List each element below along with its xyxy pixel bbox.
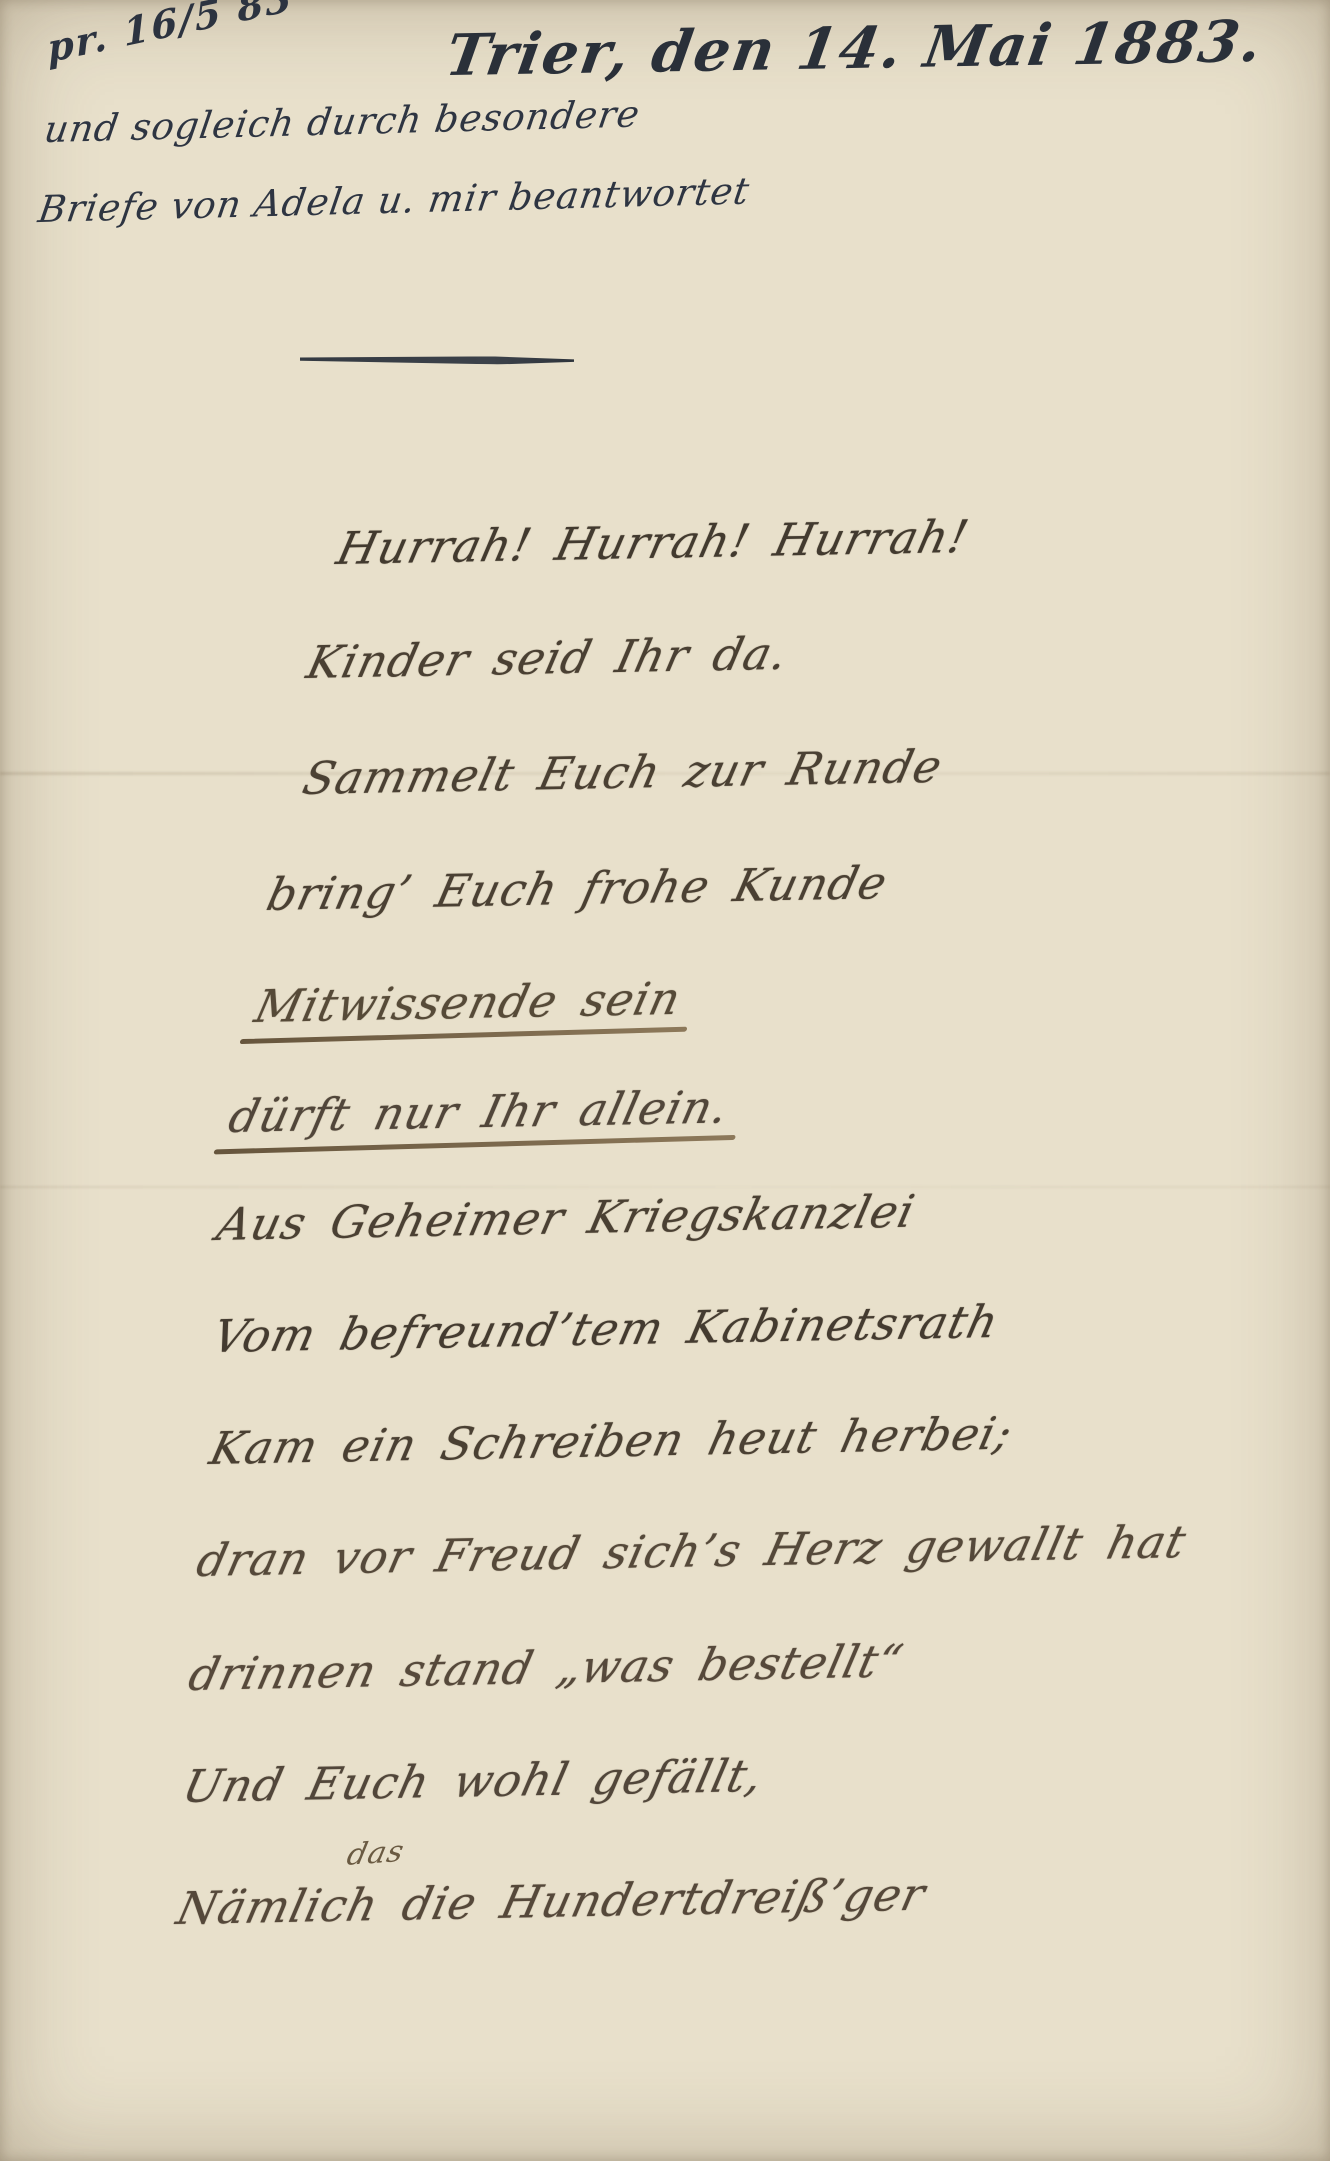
letter-page: pr. 16/5 83 Trier, den 14. Mai 1883. und… [0, 0, 1330, 2161]
poem-line: dran vor Freud sich’s Herz gewallt hat [192, 1515, 1192, 1587]
fold-crease [0, 772, 1330, 775]
divider-stroke [300, 355, 574, 365]
poem-line-underlined: Mitwissende sein [250, 972, 686, 1033]
poem-line: Vom befreund’tem Kabinetsrath [208, 1295, 1004, 1363]
annotation-line-1: und sogleich durch besondere [42, 92, 644, 151]
poem-line-underlined: dürft nur Ihr allein. [224, 1080, 734, 1143]
poem-line: drinnen stand „was bestellt“ [184, 1634, 909, 1701]
poem-line: Nämlich die Hundertdreiß’ger [172, 1868, 931, 1935]
poem-line: Hurrah! Hurrah! Hurrah! [332, 510, 974, 575]
poem-line: Kinder seid Ihr da. [302, 627, 793, 689]
place-date: Trier, den 14. Mai 1883. [441, 8, 1268, 89]
fold-crease [0, 1186, 1330, 1188]
registry-note: pr. 16/5 83 [46, 0, 295, 71]
annotation-line-2: Briefe von Adela u. mir beantwortet [36, 169, 753, 231]
inserted-word: das [344, 1834, 408, 1873]
poem-line: Aus Geheimer Kriegskanzlei [212, 1185, 920, 1251]
poem-line: Und Euch wohl gefällt, [178, 1749, 769, 1813]
poem-line: bring’ Euch frohe Kunde [262, 856, 893, 921]
poem-line: Kam ein Schreiben heut herbei; [205, 1407, 1018, 1475]
